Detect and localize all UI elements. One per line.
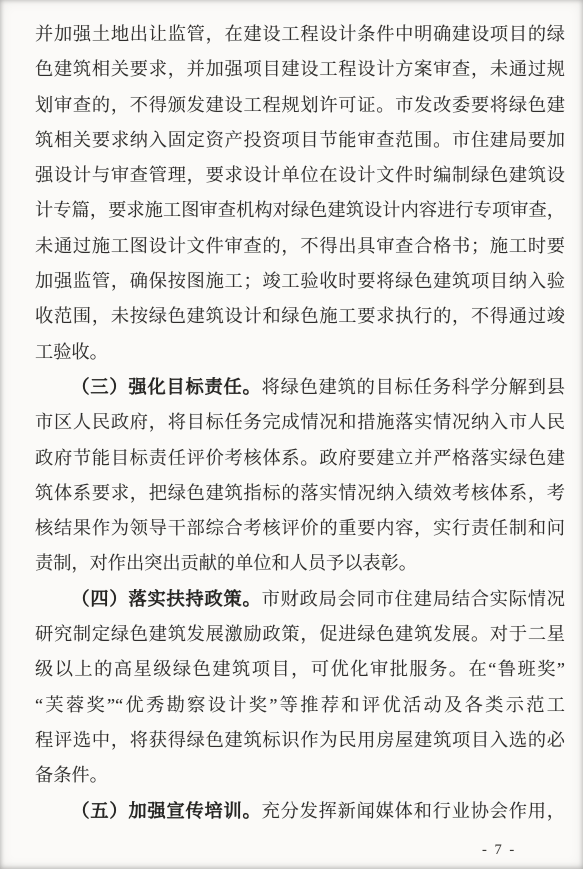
text-line: （四）落实扶持政策。市财政局会同市住建局结合实际情况 [35, 582, 565, 617]
text-run: 级以上的高星级绿色建筑项目，可优化审批服务。在“鲁班奖” [35, 659, 565, 679]
text-run: 工验收。 [35, 342, 108, 362]
text-run: 加强监管，确保按图施工；竣工验收时要将绿色建筑项目纳入验 [35, 271, 565, 291]
text-run: 市财政局会同市住建局结合实际情况 [262, 589, 565, 609]
text-line: 加强监管，确保按图施工；竣工验收时要将绿色建筑项目纳入验 [35, 264, 565, 299]
text-line: 筑体系要求，把绿色建筑指标的落实情况纳入绩效考核体系，考 [35, 476, 565, 511]
section-heading-run: （三）强化目标责任。 [71, 377, 261, 397]
text-run: 并加强土地出让监管，在建设工程设计条件中明确建设项目的绿 [35, 24, 565, 44]
text-run: 强设计与审查管理，要求设计单位在设计文件时编制绿色建筑设 [35, 165, 565, 185]
paragraph: 并加强土地出让监管，在建设工程设计条件中明确建设项目的绿色建筑相关要求，并加强项… [35, 17, 565, 370]
text-run: 备条件。 [35, 765, 108, 785]
text-line: “芙蓉奖”“优秀勘察设计奖”等推荐和评优活动及各类示范工 [35, 688, 565, 723]
text-line: 责制，对作出突出贡献的单位和人员予以表彰。 [35, 546, 565, 581]
text-run: 政府节能目标责任评价考核体系。政府要建立并严格落实绿色建 [35, 448, 565, 468]
text-line: 备条件。 [35, 758, 565, 793]
text-run: 计专篇，要求施工图审查机构对绿色建筑设计内容进行专项审查， [35, 200, 565, 220]
document-page: 并加强土地出让监管，在建设工程设计条件中明确建设项目的绿色建筑相关要求，并加强项… [0, 0, 583, 869]
text-run: 核结果作为领导干部综合考核评价的重要内容，实行责任制和问 [35, 518, 565, 538]
section-heading-run: （五）加强宣传培训。 [71, 801, 261, 821]
text-line: 色建筑相关要求，并加强项目建设工程设计方案审查，未通过规 [35, 52, 565, 87]
text-line: 并加强土地出让监管，在建设工程设计条件中明确建设项目的绿 [35, 17, 565, 52]
text-line: （三）强化目标责任。将绿色建筑的目标任务科学分解到县 [35, 370, 565, 405]
text-run: 责制，对作出突出贡献的单位和人员予以表彰。 [35, 553, 417, 573]
text-run: 充分发挥新闻媒体和行业协会作用， [262, 801, 565, 821]
text-run: “芙蓉奖”“优秀勘察设计奖”等推荐和评优活动及各类示范工 [35, 695, 565, 715]
text-line: 收范围，未按绿色建筑设计和绿色施工要求执行的，不得通过竣 [35, 299, 565, 334]
text-line: 研究制定绿色建筑发展激励政策，促进绿色建筑发展。对于二星 [35, 617, 565, 652]
text-run: 筑体系要求，把绿色建筑指标的落实情况纳入绩效考核体系，考 [35, 483, 565, 503]
text-line: 计专篇，要求施工图审查机构对绿色建筑设计内容进行专项审查， [35, 193, 565, 228]
text-line: 未通过施工图设计文件审查的，不得出具审查合格书；施工时要 [35, 229, 565, 264]
text-run: 色建筑相关要求，并加强项目建设工程设计方案审查，未通过规 [35, 59, 565, 79]
text-line: （五）加强宣传培训。充分发挥新闻媒体和行业协会作用， [35, 794, 565, 829]
text-line: 级以上的高星级绿色建筑项目，可优化审批服务。在“鲁班奖” [35, 652, 565, 687]
text-run: 未通过施工图设计文件审查的，不得出具审查合格书；施工时要 [35, 236, 565, 256]
text-run: 划审查的，不得颁发建设工程规划许可证。市发改委要将绿色建 [35, 95, 565, 115]
text-line: 核结果作为领导干部综合考核评价的重要内容，实行责任制和问 [35, 511, 565, 546]
text-run: 研究制定绿色建筑发展激励政策，促进绿色建筑发展。对于二星 [35, 624, 565, 644]
text-line: 强设计与审查管理，要求设计单位在设计文件时编制绿色建筑设 [35, 158, 565, 193]
text-line: 程评选中，将获得绿色建筑标识作为民用房屋建筑项目入选的必 [35, 723, 565, 758]
text-run: 将绿色建筑的目标任务科学分解到县 [262, 377, 565, 397]
page-number: - 7 - [482, 842, 516, 859]
paragraph: （四）落实扶持政策。市财政局会同市住建局结合实际情况研究制定绿色建筑发展激励政策… [35, 582, 565, 794]
paragraph: （五）加强宣传培训。充分发挥新闻媒体和行业协会作用， [35, 794, 565, 829]
paragraph: （三）强化目标责任。将绿色建筑的目标任务科学分解到县市区人民政府，将目标任务完成… [35, 370, 565, 582]
text-line: 市区人民政府，将目标任务完成情况和措施落实情况纳入市人民 [35, 405, 565, 440]
text-run: 市区人民政府，将目标任务完成情况和措施落实情况纳入市人民 [35, 412, 565, 432]
text-line: 筑相关要求纳入固定资产投资项目节能审查范围。市住建局要加 [35, 123, 565, 158]
text-line: 划审查的，不得颁发建设工程规划许可证。市发改委要将绿色建 [35, 88, 565, 123]
document-body: 并加强土地出让监管，在建设工程设计条件中明确建设项目的绿色建筑相关要求，并加强项… [35, 17, 565, 829]
text-run: 收范围，未按绿色建筑设计和绿色施工要求执行的，不得通过竣 [35, 306, 565, 326]
text-run: 筑相关要求纳入固定资产投资项目节能审查范围。市住建局要加 [35, 130, 565, 150]
section-heading-run: （四）落实扶持政策。 [71, 589, 261, 609]
text-line: 工验收。 [35, 335, 565, 370]
text-line: 政府节能目标责任评价考核体系。政府要建立并严格落实绿色建 [35, 441, 565, 476]
text-run: 程评选中，将获得绿色建筑标识作为民用房屋建筑项目入选的必 [35, 730, 565, 750]
